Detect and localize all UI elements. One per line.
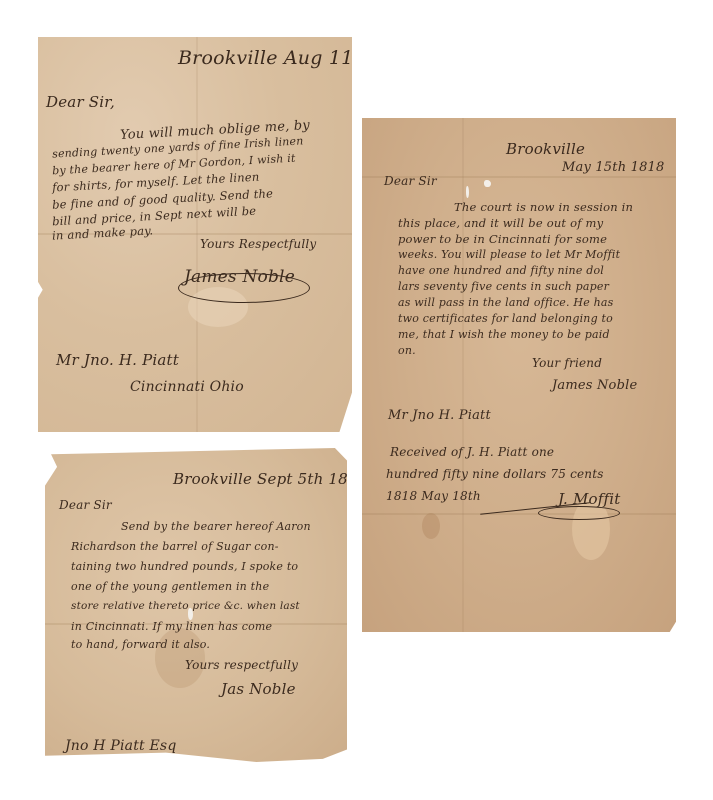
body-line: me, that I wish the money to be paid [398, 328, 610, 341]
dateline: Brookville Sept 5th 1818 [173, 470, 367, 488]
closing: Your friend [532, 356, 602, 370]
body-line: two certificates for land belonging to [398, 312, 613, 325]
fold-crease [462, 118, 464, 632]
body-line: store relative thereto price &c. when la… [71, 600, 300, 612]
body-line: one of the young gentlemen in the [71, 580, 269, 593]
body-line: Richardson the barrel of Sugar con- [71, 540, 279, 553]
fold-crease [362, 513, 676, 515]
body-line: in Cincinnati. If my linen has come [71, 620, 272, 633]
address-name: Mr Jno. H. Piatt [56, 351, 179, 369]
fold-crease [196, 37, 198, 432]
signature-flourish [178, 273, 310, 303]
address-city: Cincinnati Ohio [130, 379, 244, 395]
body-line: on. [398, 344, 416, 357]
body-line: this place, and it will be out of my [398, 216, 603, 230]
salutation: Dear Sir [59, 498, 112, 512]
closing: Yours Respectfully [200, 237, 316, 251]
dateline-place: Brookville [506, 140, 585, 158]
receipt-date: 1818 May 18th [386, 489, 481, 503]
paper-hole [466, 186, 469, 198]
body-line: weeks. You will please to let Mr Moffit [398, 248, 620, 261]
body-line: as will pass in the land office. He has [398, 296, 614, 309]
body-line: have one hundred and fifty nine dol [398, 264, 604, 277]
address-name: Jno H Piatt Esq [65, 738, 176, 754]
water-stain [422, 513, 440, 539]
signature-flourish [538, 506, 620, 520]
letter-may-15-1818: Brookville May 15th 1818 Dear Sir The co… [362, 118, 676, 632]
signature: Jas Noble [221, 680, 296, 698]
dateline: Brookville Aug 11th 1818 [178, 47, 429, 69]
dateline-date: May 15th 1818 [562, 160, 665, 175]
closing: Yours respectfully [185, 658, 298, 672]
receipt-line: Received of J. H. Piatt one [390, 445, 554, 459]
letter-sept-5-1818: Brookville Sept 5th 1818 Dear Sir Send b… [45, 448, 347, 762]
body-line: to hand, forward it also. [71, 638, 210, 651]
paper-hole [484, 180, 491, 187]
body-line: The court is now in session in [454, 200, 633, 214]
letter-aug-11-1818: Brookville Aug 11th 1818 Dear Sir, You w… [38, 37, 352, 432]
salutation: Dear Sir, [46, 93, 115, 111]
body-line: taining two hundred pounds, I spoke to [71, 560, 298, 573]
body-line: Send by the bearer hereof Aaron [121, 520, 311, 533]
signature: James Noble [552, 378, 637, 393]
address-name: Mr Jno H. Piatt [388, 408, 491, 423]
receipt-line: hundred fifty nine dollars 75 cents [386, 467, 604, 481]
salutation: Dear Sir [384, 174, 437, 188]
body-line: lars seventy five cents in such paper [398, 280, 609, 293]
body-line: power to be in Cincinnati for some [398, 232, 607, 246]
